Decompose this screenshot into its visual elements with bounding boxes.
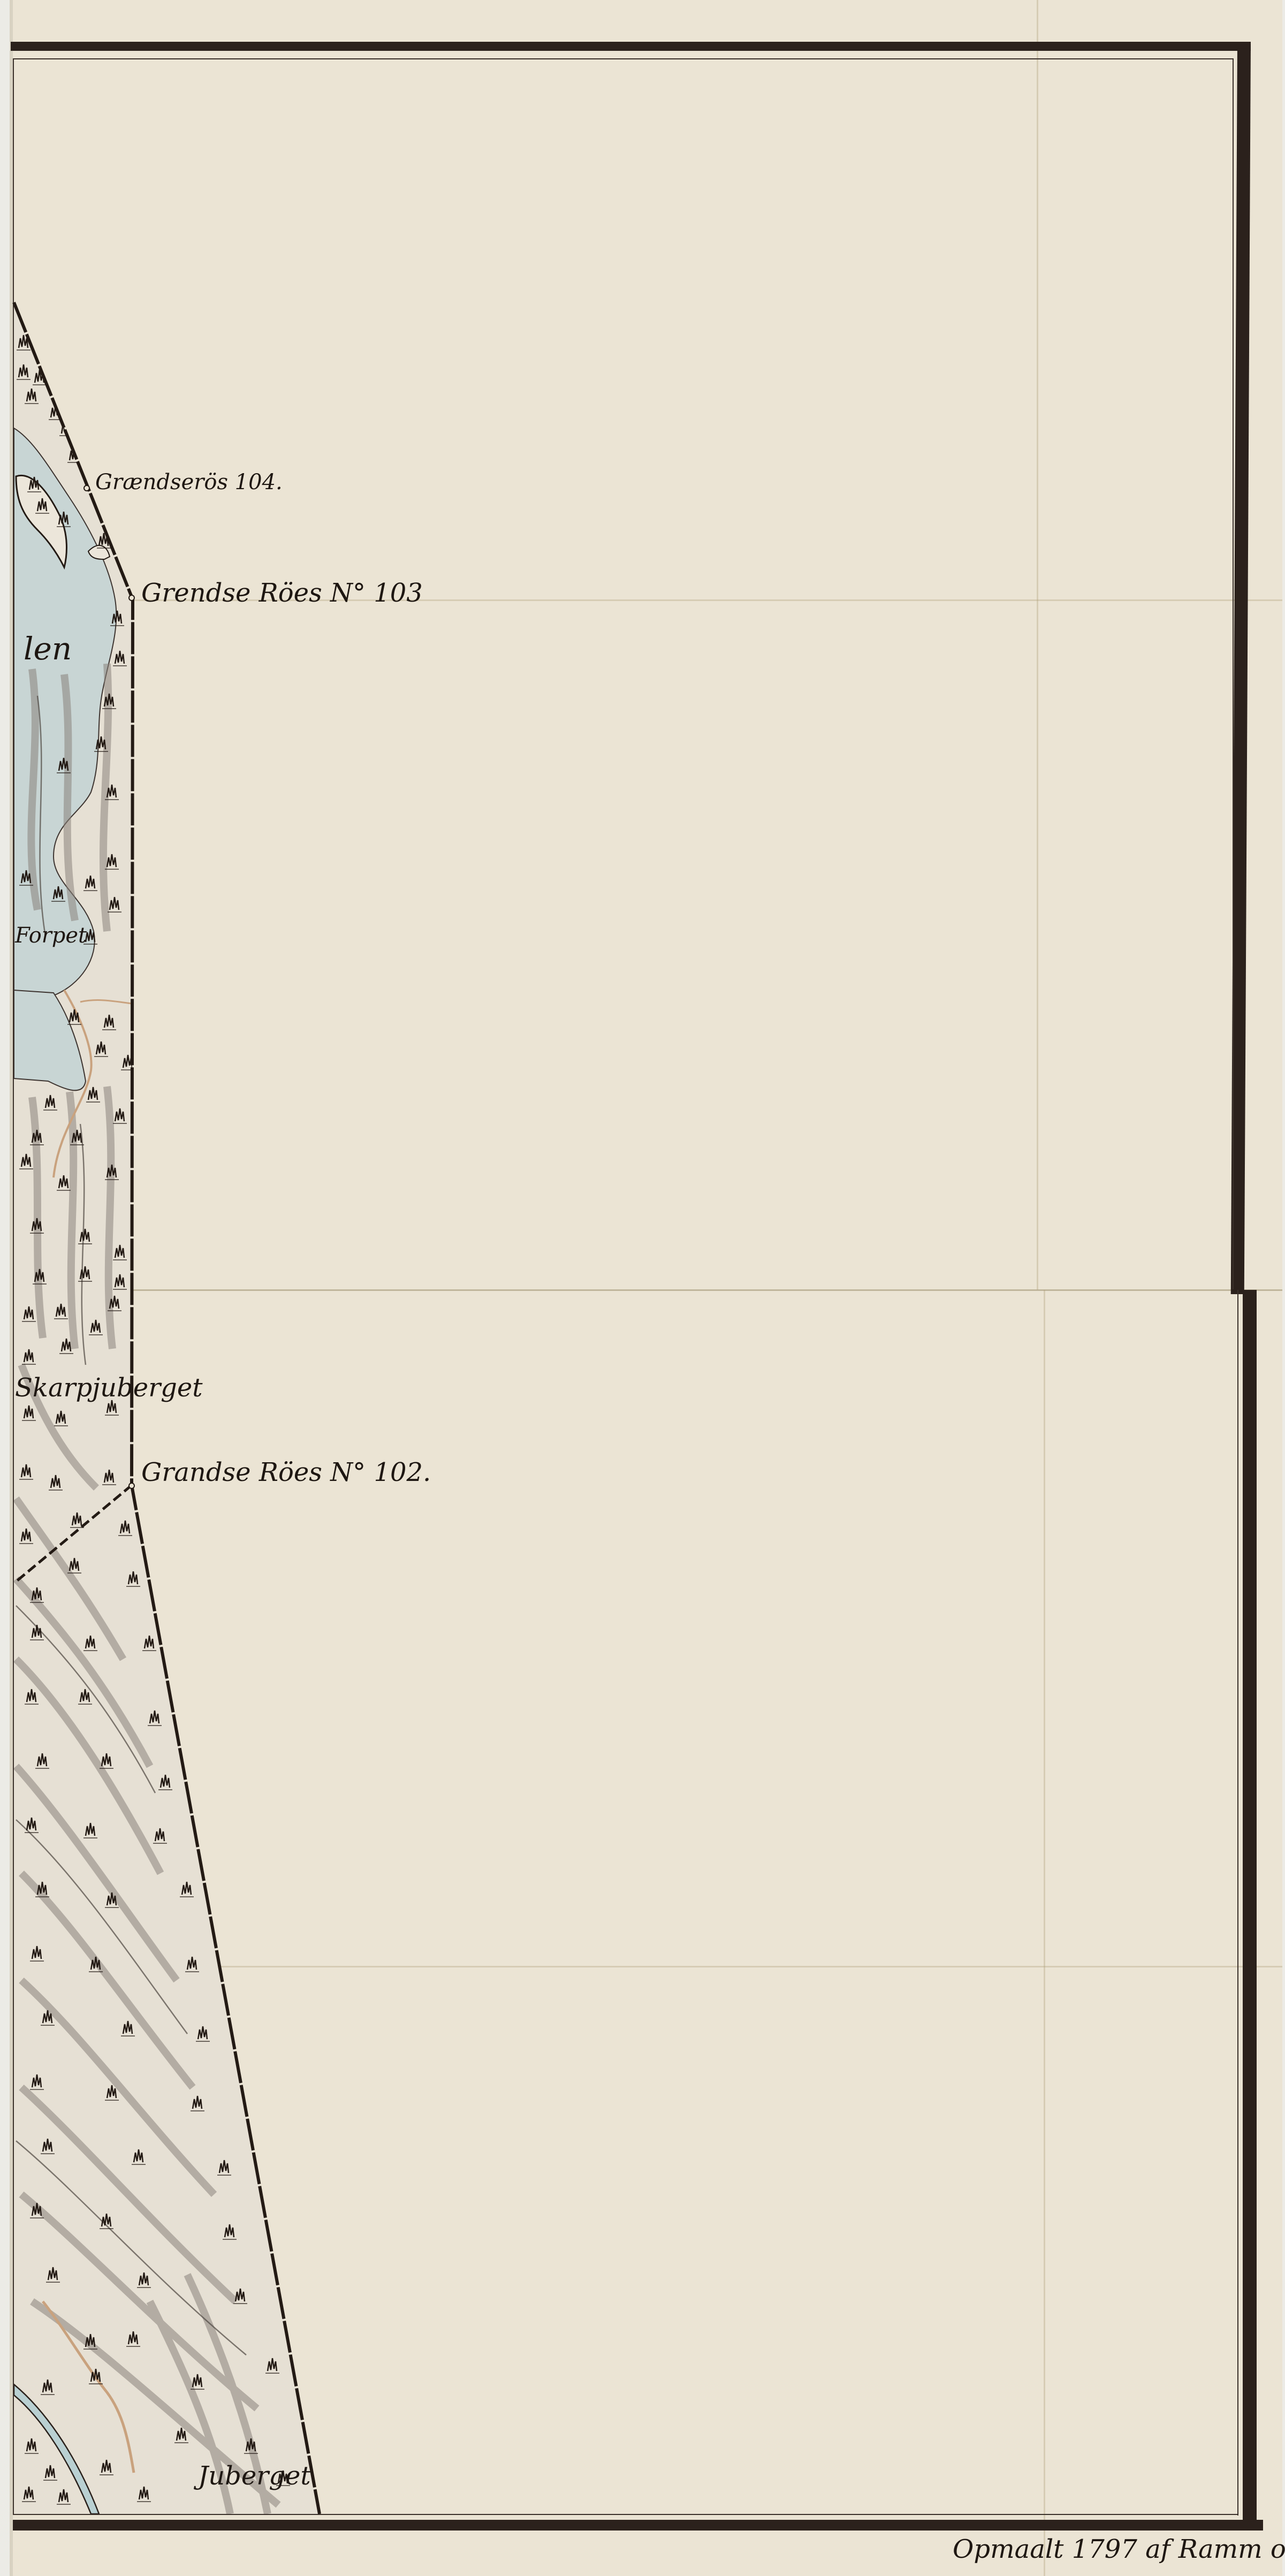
label-boundary-marker-103: Grendse Röes N° 103 xyxy=(141,578,423,608)
map-drawing xyxy=(0,0,1285,2576)
boundary-marker-104 xyxy=(84,485,89,491)
label-lake: len xyxy=(24,630,72,667)
survey-attribution: Opmaalt 1797 af Ramm og Juell. xyxy=(953,2534,1285,2564)
label-skarpjuberget: Skarpjuberget xyxy=(15,1373,203,1403)
boundary-marker-103 xyxy=(129,595,134,601)
boundary-marker-102 xyxy=(129,1483,134,1488)
label-forpet: Forpet xyxy=(15,923,87,948)
label-boundary-marker-104: Grændserös 104. xyxy=(95,470,283,495)
label-boundary-marker-102: Grandse Röes N° 102. xyxy=(141,1457,431,1487)
label-juberget: Juberget xyxy=(198,2461,311,2491)
